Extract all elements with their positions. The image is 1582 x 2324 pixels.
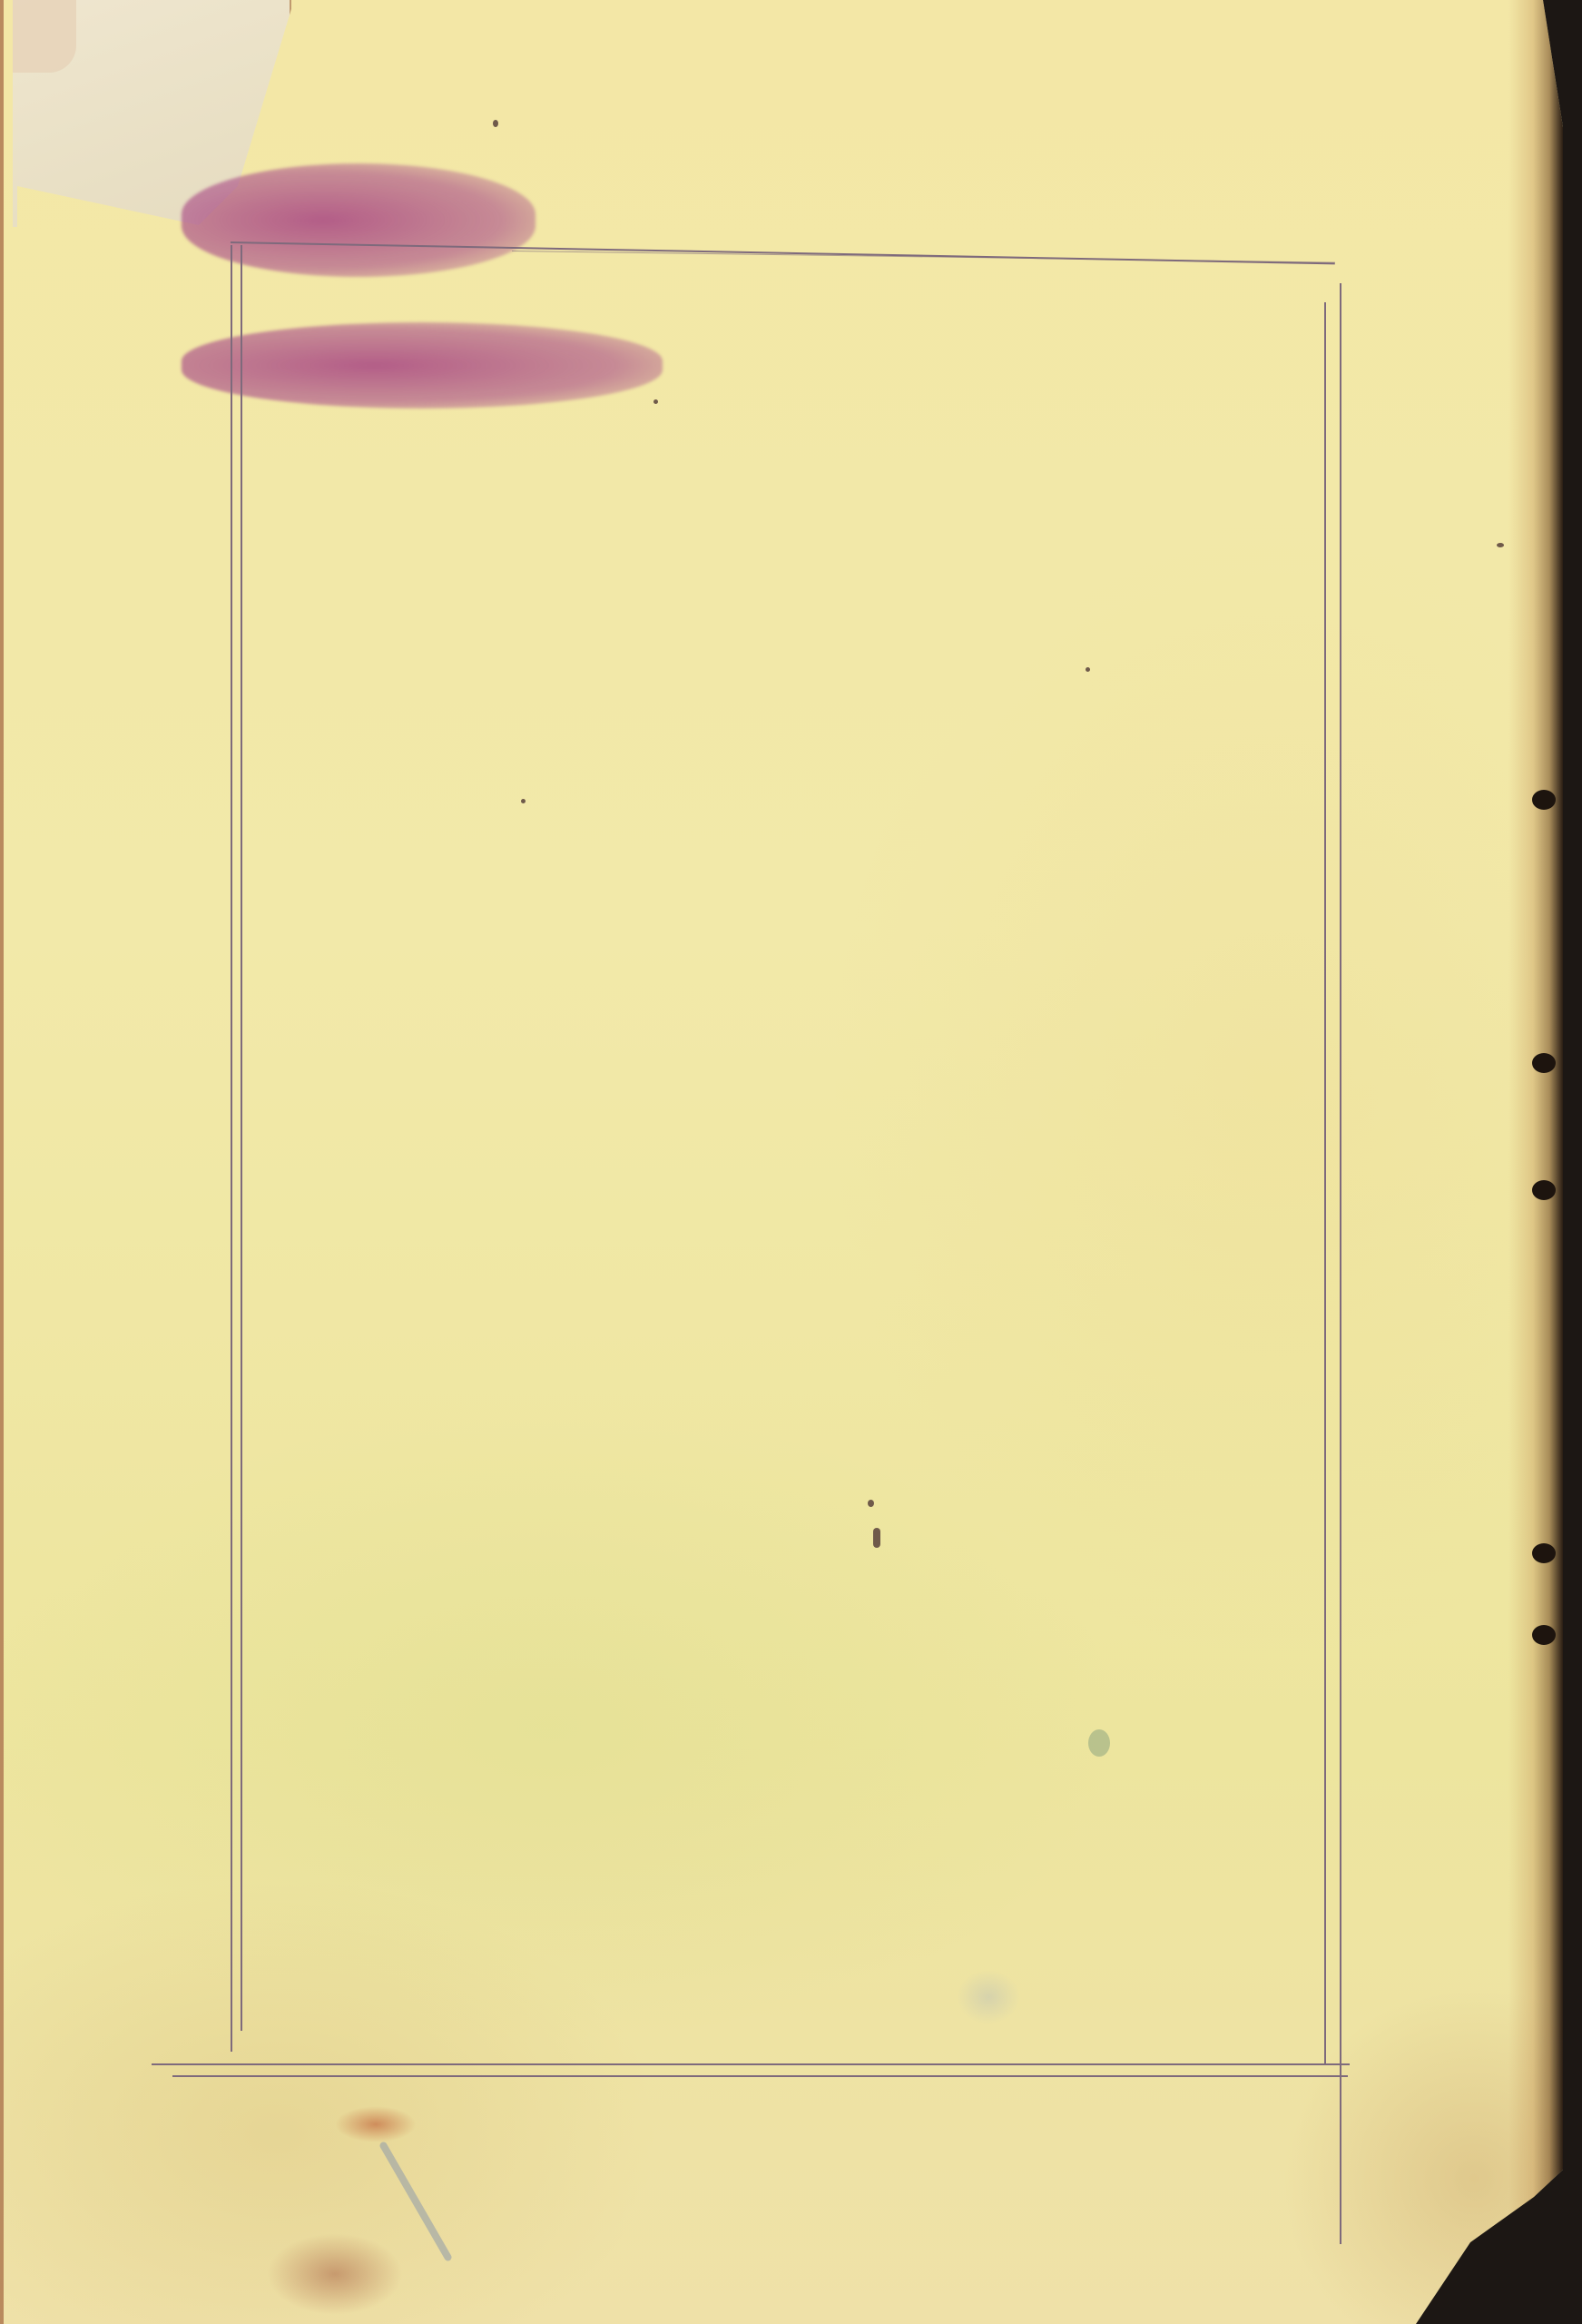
ink-spot [1086,667,1090,672]
stitch-hole [1532,1180,1556,1200]
ink-spot [493,120,498,127]
frame-bottom-line-2 [172,2075,1348,2077]
redaction-mark-2 [182,322,663,409]
ink-spot [868,1500,874,1507]
redaction-mark-1 [182,163,536,277]
stitch-hole [1532,1053,1556,1073]
manuscript-page [0,0,1563,2324]
rust-spots [335,2106,417,2142]
corner-stain [957,1970,1020,2024]
ink-spot [521,799,526,803]
frame-left-outer-line [231,245,232,2052]
ink-spot [873,1528,880,1548]
frame-left-inner-line [241,245,242,2031]
stitch-hole [1532,1543,1556,1563]
frame-right-outer-line [1340,283,1341,2244]
ink-spot [1497,543,1504,547]
frame-top-line-2 [512,251,1335,263]
stitch-hole [1532,790,1556,810]
greenish-smudge [1088,1729,1110,1757]
binding-edge [1508,0,1563,2324]
stitch-hole [1532,1625,1556,1645]
frame-bottom-line-1 [152,2063,1350,2065]
ink-spot [653,399,658,404]
brown-stain [267,2233,403,2315]
frame-right-inner-line [1324,302,1326,2063]
grey-streak [378,2141,453,2262]
patch-fold [13,0,76,73]
